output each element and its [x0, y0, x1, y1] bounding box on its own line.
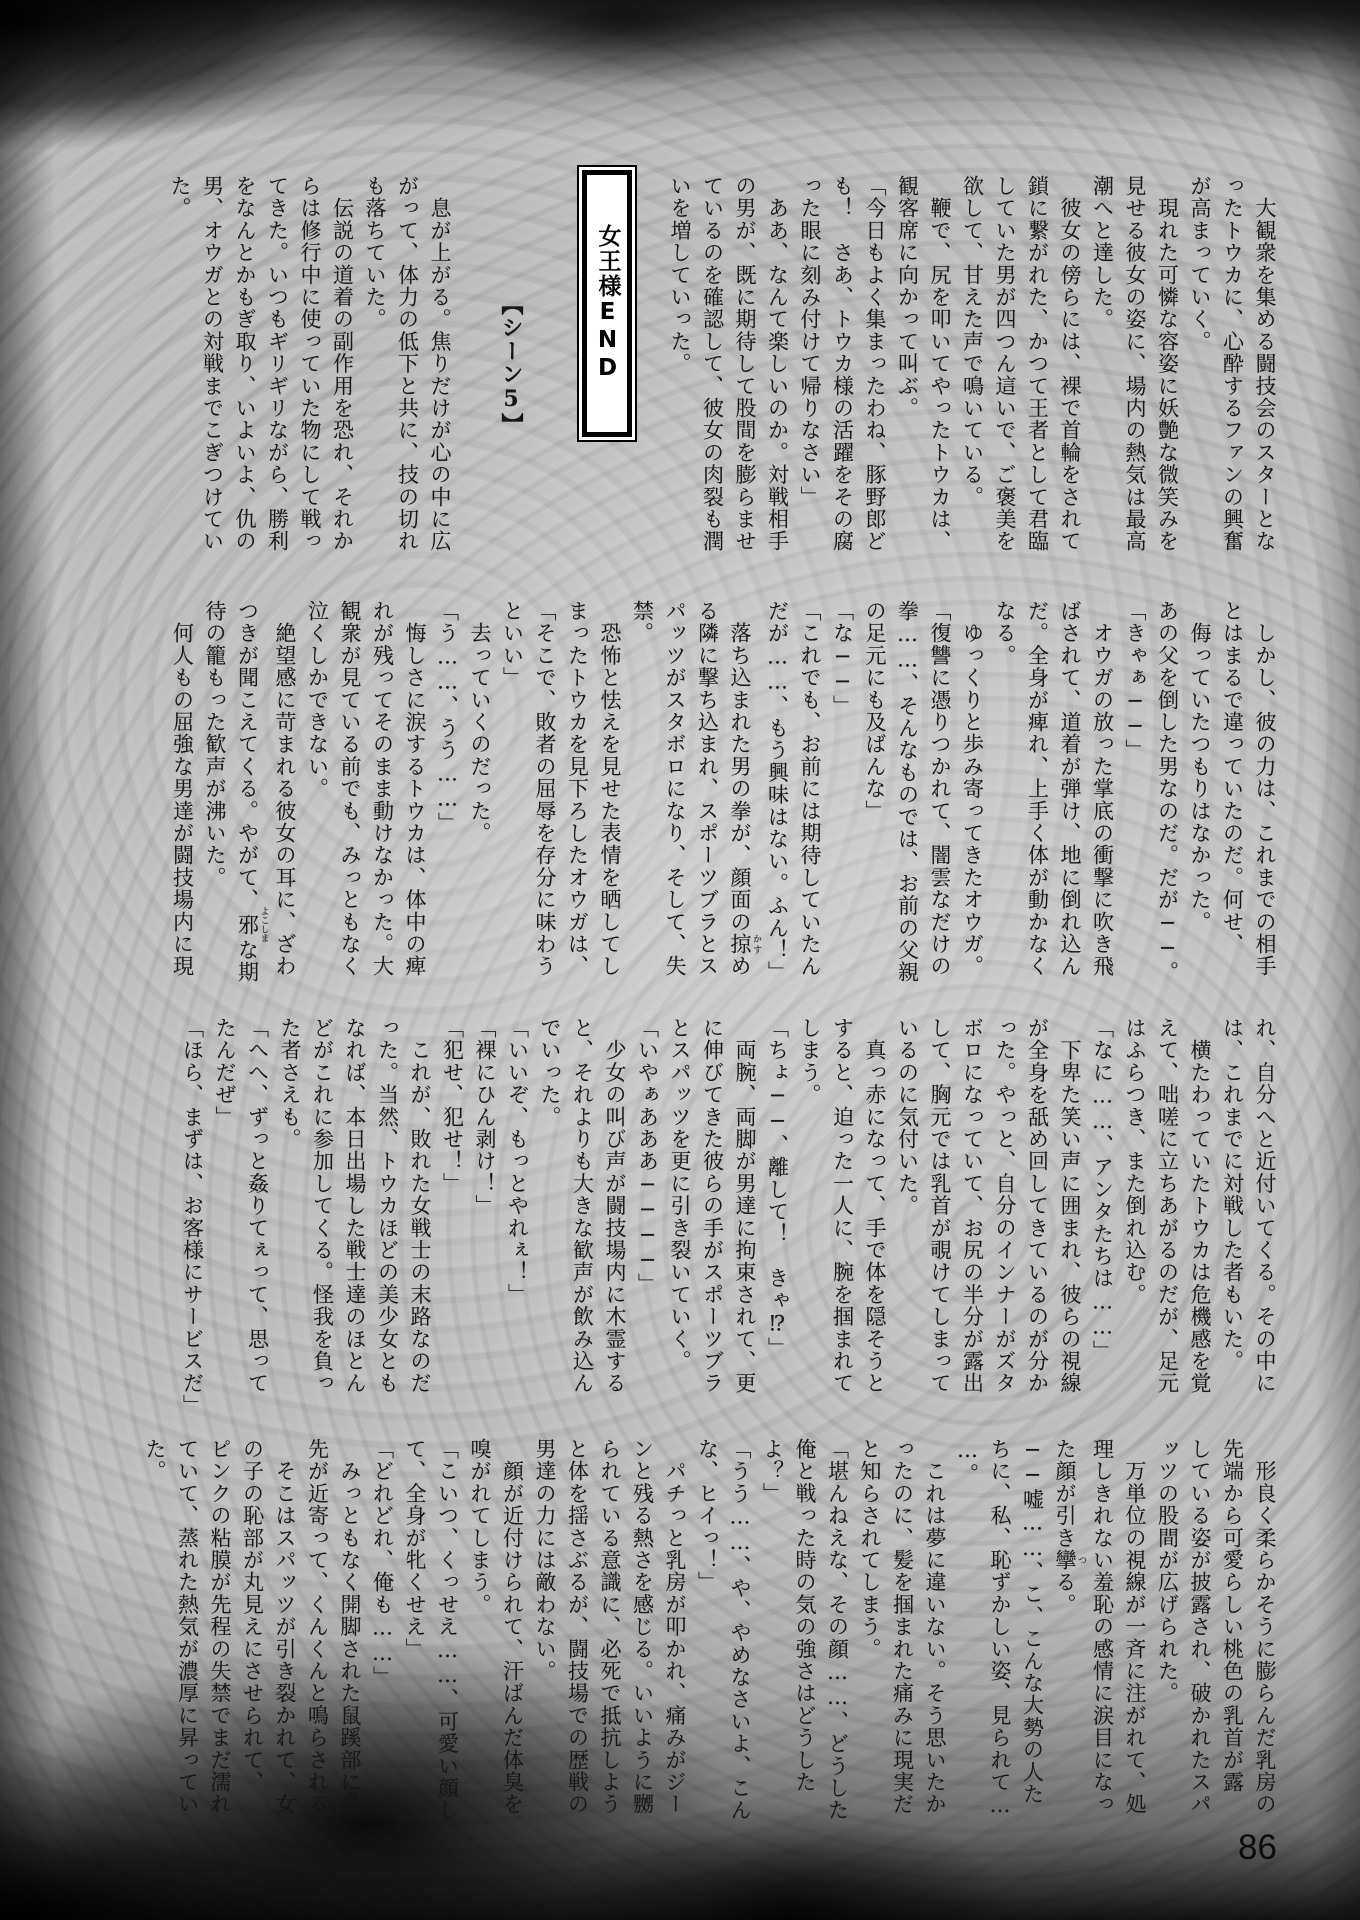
text-column: しかし、彼の力は、これまでの相手: [1249, 600, 1282, 966]
text-column: が高まっていく。: [1184, 175, 1217, 541]
text-column: た。: [164, 175, 197, 541]
text-column: 「裸にひん剥け！」: [469, 1017, 502, 1383]
text-column: 形良く柔らかそうに膨らんだ乳房の: [1249, 1438, 1282, 1804]
text-band-1: 大観衆を集める闘技会のスターとなったトウカに、心酔するファンの興奮が高まっていく…: [0, 175, 1360, 550]
text-column: 「いいぞ、もっとやれぇ！」: [501, 1017, 534, 1383]
text-column: る隣に撃ち込まれ、スポーツブラとス: [691, 600, 724, 966]
text-column: 欲して、甘えた声で鳴いている。: [956, 175, 989, 541]
text-block-band1-right: 大観衆を集める闘技会のスターとなったトウカに、心酔するファンの興奮が高まっていく…: [664, 175, 1282, 541]
text-column: た顔が引き攣つる。: [1049, 1438, 1087, 1804]
text-column: いるのに気付いた。: [891, 1017, 924, 1383]
text-band-2: しかし、彼の力は、これまでの相手とはまるで違っていたのだ。何せ、 侮っていたつも…: [0, 600, 1360, 975]
text-column: そこはスパッツが引き裂かれて、女: [269, 1438, 302, 1804]
text-column: ンと残る熱さを感じる。いいように嬲: [626, 1438, 659, 1804]
text-column: 顔が近付けられて、汗ばんだ体臭を: [496, 1438, 529, 1804]
text-column: 「うう……、や、やめなさいよ、こん: [724, 1438, 757, 1804]
text-column: して、胸元では乳首が覗けてしまって: [924, 1017, 957, 1383]
text-block-band2: しかし、彼の力は、これまでの相手とはまるで違っていたのだ。何せ、 侮っていたつも…: [166, 600, 1281, 966]
text-column: 下卑た笑い声に囲まれ、彼らの視線: [1054, 1017, 1087, 1383]
text-column: はふらつき、また倒れ込む。: [1119, 1017, 1152, 1383]
text-column: なる。: [989, 600, 1022, 966]
text-column: 「復讐に憑りつかれて、闇雲なだけの: [924, 600, 957, 966]
text-column: あの父を倒した男なのだ。だが──。: [1151, 600, 1184, 966]
text-column: ッツの股間が広げられた。: [1151, 1438, 1184, 1804]
text-column: 泣くしかできない。: [301, 600, 334, 966]
text-column: 先が近寄って、くんくんと鳴らされる。: [301, 1438, 334, 1804]
text-column: をなんとかもぎ取り、いよいよ、仇の: [229, 175, 262, 541]
text-column: も落ちていた。: [359, 175, 392, 541]
text-column: 待の籠もった歓声が沸いた。: [199, 600, 232, 966]
text-column: てきた。いつもギリギリながら、勝利: [261, 175, 294, 541]
text-column: 「な──」: [826, 600, 859, 966]
text-column: まったトウカを見下ろしたオウガは、: [561, 600, 594, 966]
text-column: とはまるで違っていたのだ。何せ、: [1216, 600, 1249, 966]
text-column: った。やっと、自分のインナーがズタ: [989, 1017, 1022, 1383]
text-column: これは夢に違いない。そう思いたか: [919, 1438, 952, 1804]
text-column: ピンクの粘膜が先程の失禁でまだ濡れ: [204, 1438, 237, 1804]
text-column: している姿が披露され、破かれたスパ: [1184, 1438, 1217, 1804]
text-column: ったのに、髪を掴まれた痛みに現実だ: [886, 1438, 919, 1804]
text-column: 去っていくのだった。: [464, 600, 497, 966]
text-column: 見せる彼女の姿に、場内の熱気は最高: [1119, 175, 1152, 541]
text-column: な、ヒイっ！」: [691, 1438, 724, 1804]
text-column: 「ほら、まずは、お客様にサービスだ」: [176, 1017, 209, 1383]
text-column: 大観衆を集める闘技会のスターとな: [1249, 175, 1282, 541]
text-column: も！ さあ、トウカ様の活躍をその腐: [826, 175, 859, 541]
text-column: らは修行中に使っていた物にして戦っ: [294, 175, 327, 541]
text-column: ボロになっていて、お尻の半分が露出: [956, 1017, 989, 1383]
text-column: 落ち込まれた男の拳が、顔面の掠かすめ: [724, 600, 762, 966]
text-column: られている意識に、必死で抵抗しよう: [594, 1438, 627, 1804]
text-column: ああ、なんて楽しいのか。対戦相手: [761, 175, 794, 541]
text-block-band1-left: 息が上がる。焦りだけが心の中に広がって、体力の低下と共に、技の切れも落ちていた。…: [164, 175, 457, 541]
text-column: といい」: [496, 600, 529, 966]
text-column: 「ちょ──、離して！ きゃ⁉」: [761, 1017, 794, 1383]
text-column: った眼に刻み付けて帰りなさい」: [794, 175, 827, 541]
text-column: いを増していった。: [664, 175, 697, 541]
text-column: 鞭で、尻を叩いてやったトウカは、: [924, 175, 957, 541]
text-column: と体を揺さぶるが、闘技場での歴戦の: [561, 1438, 594, 1804]
text-column: 拳……、そんなものでは、お前の父親: [891, 600, 924, 966]
text-column: 男達の力には敵わない。: [529, 1438, 562, 1804]
text-column: 観衆が見ている前でも、みっともなく: [334, 600, 367, 966]
text-column: 「どれどれ、俺も……」: [366, 1438, 399, 1804]
queen-end-title-box: 女王様END: [577, 165, 637, 442]
text-column: とスパッツを更に引き裂いていく。: [664, 1017, 697, 1383]
text-band-4: 形良く柔らかそうに膨らんだ乳房の先端から可愛らしい桃色の乳首が露している姿が披露…: [0, 1438, 1360, 1813]
text-column: と、それよりも大きな歓声が飲み込ん: [566, 1017, 599, 1383]
text-column: の足元にも及ばんな」: [859, 600, 892, 966]
text-column: 先端から可愛らしい桃色の乳首が露: [1216, 1438, 1249, 1804]
text-column: た。: [139, 1438, 172, 1804]
text-column: 絶望感に苛まれる彼女の耳に、ざわ: [269, 600, 302, 966]
text-column: 「こいつ、くっせえ……、可愛い顔し: [431, 1438, 464, 1804]
text-column: みっともなく開脚された鼠蹊部に鼻: [334, 1438, 367, 1804]
text-column: れが残ってそのまま動けなかった。大: [366, 600, 399, 966]
text-column: パチっと乳房が叩かれ、痛みがジー: [659, 1438, 692, 1804]
text-column: ていて、蒸れた熱気が濃厚に昇ってい: [171, 1438, 204, 1804]
text-column: は、これまでに対戦した者もいた。: [1216, 1017, 1249, 1383]
text-column: の男が、既に期待して股間を膨らませ: [729, 175, 762, 541]
text-band-3: れ、自分へと近付いてくる。その中には、これまでに対戦した者もいた。 横たわってい…: [0, 1017, 1360, 1392]
text-column: でいった。: [534, 1017, 567, 1383]
text-column: 「これでも、お前には期待していたん: [794, 600, 827, 966]
text-column: 彼女の傍らには、裸で首輪をされて: [1054, 175, 1087, 541]
text-column: すると、迫った一人に、腕を掴まれて: [826, 1017, 859, 1383]
text-column: 恐怖と怯えを見せた表情を晒してし: [594, 600, 627, 966]
text-column: 伝説の道着の副作用を恐れ、それか: [326, 175, 359, 541]
text-column: なれば、本日出場した戦士達のほとん: [339, 1017, 372, 1383]
text-column: った。当然、トウカほどの美少女とも: [371, 1017, 404, 1383]
text-column: 現れた可憐な容姿に妖艶な微笑みを: [1151, 175, 1184, 541]
text-column: よ？」: [756, 1438, 789, 1804]
text-column: に伸びてきた彼らの手がスポーツブラ: [696, 1017, 729, 1383]
text-block-band3: れ、自分へと近付いてくる。その中には、これまでに対戦した者もいた。 横たわってい…: [176, 1017, 1281, 1383]
text-column: 両腕、両脚が男達に拘束されて、更: [729, 1017, 762, 1383]
text-column: 嗅がれてしまう。: [464, 1438, 497, 1804]
text-column: 禁。: [626, 600, 659, 966]
text-column: ちに、私、恥ずかしい姿、見られて…: [984, 1438, 1017, 1804]
text-column: 「きゃぁ──」: [1119, 600, 1152, 966]
text-column: 横たわっていたトウカは危機感を覚: [1184, 1017, 1217, 1383]
text-column: 悔しさに涙するトウカは、体中の痺: [399, 600, 432, 966]
text-column: 侮っていたつもりはなかった。: [1184, 600, 1217, 966]
text-column: 「犯せ、犯せ！」: [436, 1017, 469, 1383]
text-column: が全身を舐め回してきているのが分か: [1021, 1017, 1054, 1383]
text-block-band4: 形良く柔らかそうに膨らんだ乳房の先端から可愛らしい桃色の乳首が露している姿が披露…: [139, 1438, 1282, 1804]
text-column: 何人もの屈強な男達が闘技場内に現: [166, 600, 199, 966]
text-column: と知らされてしまう。: [854, 1438, 887, 1804]
text-column: だ。全身が痺れ、上手く体が動かなく: [1021, 600, 1054, 966]
text-column: 少女の叫び声が闘技場内に木霊する: [599, 1017, 632, 1383]
text-column: 「なに……、アンタたちは……」: [1086, 1017, 1119, 1383]
text-column: だが……、もう興味はない。ふん！」: [761, 600, 794, 966]
text-column: 息が上がる。焦りだけが心の中に広: [424, 175, 457, 541]
queen-end-title-box-inner: 女王様END: [582, 170, 632, 437]
text-column: オウガの放った掌底の衝撃に吹き飛: [1086, 600, 1119, 966]
text-column: ったトウカに、心酔するファンの興奮: [1216, 175, 1249, 541]
novel-scan-page: 大観衆を集める闘技会のスターとなったトウカに、心酔するファンの興奮が高まっていく…: [0, 0, 1360, 1920]
text-column: 真っ赤になって、手で体を隠そうと: [859, 1017, 892, 1383]
text-column: 「う……、うう……」: [431, 600, 464, 966]
text-column: えて、咄嗟に立ちあがるのだが、足元: [1151, 1017, 1184, 1383]
text-column: しまう。: [794, 1017, 827, 1383]
queen-end-title-label: 女王様END: [596, 224, 619, 383]
text-column: パッツがスタボロになり、そして、失: [659, 600, 692, 966]
text-column: 万単位の視線が一斉に注がれて、処: [1119, 1438, 1152, 1804]
text-column: ゆっくりと歩み寄ってきたオウガ。: [956, 600, 989, 966]
text-column: 観客席に向かって叫ぶ。: [891, 175, 924, 541]
text-column: どがこれに参加してくる。怪我を負っ: [306, 1017, 339, 1383]
text-column: がって、体力の低下と共に、技の切れ: [391, 175, 424, 541]
text-column: …。: [951, 1438, 984, 1804]
text-column: れ、自分へと近付いてくる。その中に: [1249, 1017, 1282, 1383]
text-column: 「堪んねえな、その顔……、どうした: [821, 1438, 854, 1804]
text-column: て、全身が牝くせえ」: [399, 1438, 432, 1804]
text-column: していた男が四つん這いで、ご褒美を: [989, 175, 1022, 541]
text-column: 「へへ、ずっと姦りてぇって、思って: [241, 1017, 274, 1383]
page-number: 86: [1238, 1828, 1277, 1868]
text-column: たんだぜ」: [209, 1017, 242, 1383]
text-column: 俺と戦った時の気の強さはどうした: [789, 1438, 822, 1804]
text-column: つきが聞こえてくる。やがて、邪よこしまな期: [231, 600, 269, 966]
text-column: 「そこで、敗者の屈辱を存分に味わう: [529, 600, 562, 966]
text-column: た者さえも。: [274, 1017, 307, 1383]
text-column: これが、敗れた女戦士の末路なのだ: [404, 1017, 437, 1383]
text-column: 男、オウガとの対戦までこぎつけてい: [196, 175, 229, 541]
text-column: 理しきれない羞恥の感情に涙目になっ: [1086, 1438, 1119, 1804]
text-column: 鎖に繋がれた、かつて王者として君臨: [1021, 175, 1054, 541]
text-column: ているのを確認して、彼女の肉裂も潤: [696, 175, 729, 541]
text-column: 「いやぁあああ────」: [631, 1017, 664, 1383]
text-column: 潮へと達した。: [1086, 175, 1119, 541]
text-column: ばされて、道着が弾け、地に倒れ込ん: [1054, 600, 1087, 966]
text-column: の子の恥部が丸見えにさせられて、: [236, 1438, 269, 1804]
text-column: 「今日もよく集まったわね、豚野郎ど: [859, 175, 892, 541]
text-column: ──嘘……、こ、こんな大勢の人た: [1016, 1438, 1049, 1804]
